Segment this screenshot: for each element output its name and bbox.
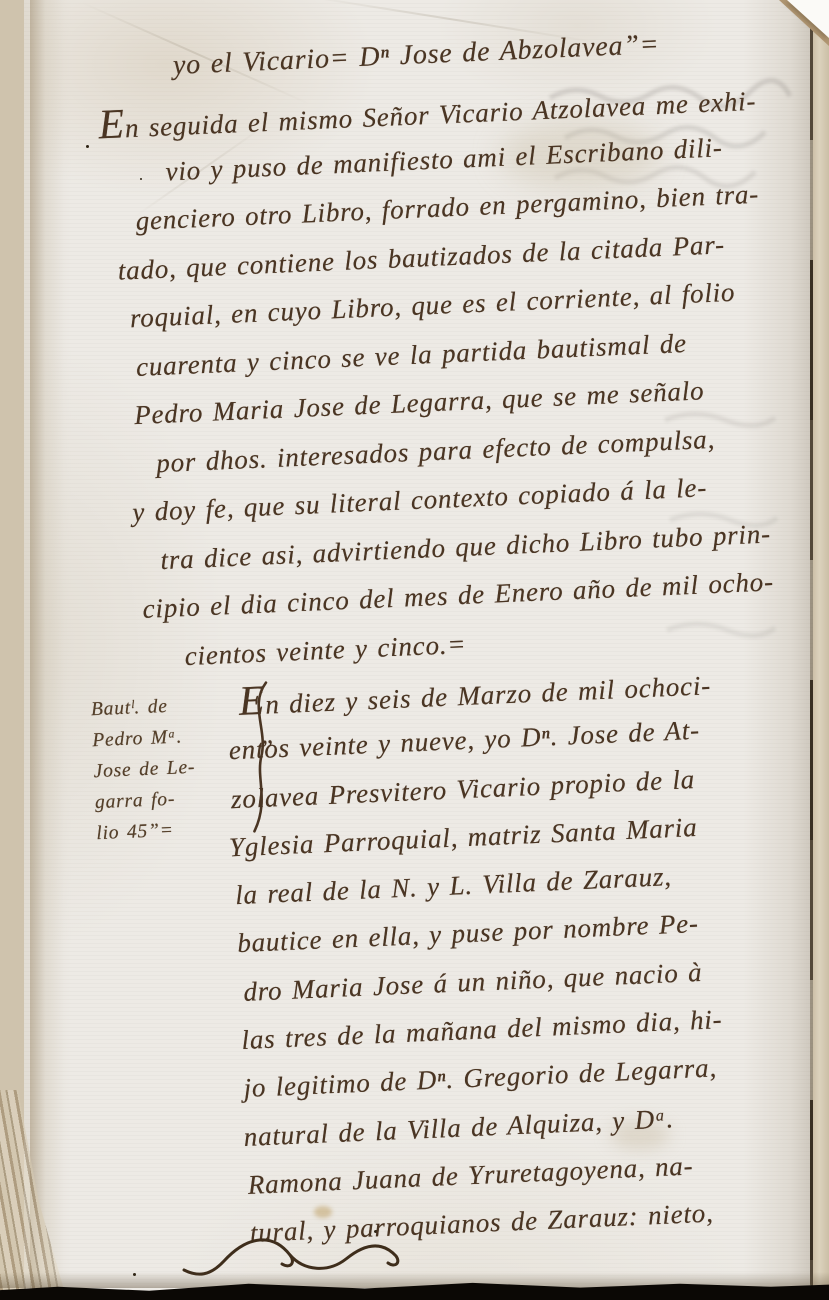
- certification-paragraph: En seguida el mismo Señor Vicario Atzola…: [62, 71, 819, 684]
- margin-note-line: lio 45”=: [96, 812, 247, 850]
- baptism-entry-section: Bautˡ. de Pedro Mᵃ. Jose de Le- garra fo…: [88, 652, 829, 1263]
- margin-note: Bautˡ. de Pedro Mᵃ. Jose de Le- garra fo…: [90, 688, 247, 849]
- adjacent-page-sliver: [813, 0, 829, 1300]
- corner-fold-icon: [787, 0, 829, 38]
- baptism-entry-text: En diez y seis de Marzo de mil ochoci- e…: [226, 652, 829, 1257]
- entry-open-quote: ”: [258, 734, 275, 765]
- manuscript-page-scan: yo el Vicario= Dⁿ Jose de Abzolavea”= En…: [0, 0, 829, 1300]
- handwritten-text-block: yo el Vicario= Dⁿ Jose de Abzolavea”= En…: [60, 14, 829, 1263]
- book-binding-fade: [30, 0, 64, 1300]
